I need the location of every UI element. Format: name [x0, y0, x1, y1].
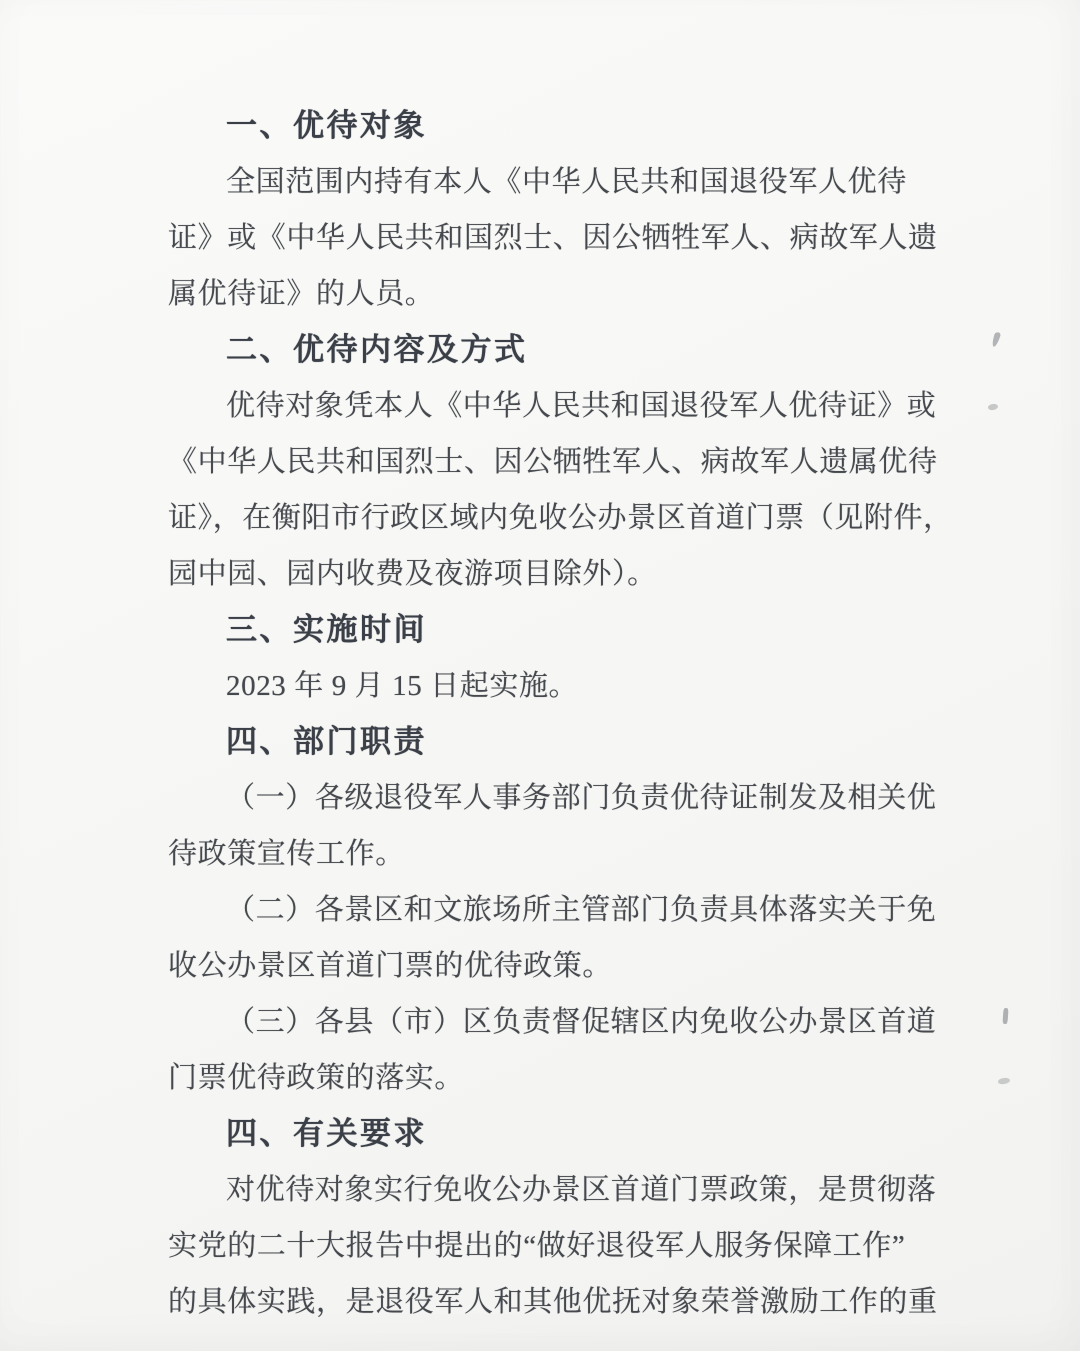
scan-artifact	[1002, 1008, 1008, 1024]
text-line: 的具体实践，是退役军人和其他优抚对象荣誉激励工作的重	[168, 1274, 943, 1330]
implementation-date-line: 2023 年 9 月 15 日起实施。	[168, 658, 943, 714]
section-heading-4: 四、部门职责	[168, 714, 943, 770]
text-line: 对优待对象实行免收公办景区首道门票政策，是贯彻落	[168, 1162, 943, 1218]
section-heading-5: 四、有关要求	[168, 1106, 943, 1162]
text-line: 属优待证》的人员。	[168, 266, 943, 322]
section-heading-2: 二、优待内容及方式	[168, 322, 943, 378]
section-heading-3: 三、实施时间	[168, 602, 943, 658]
scan-artifact	[998, 1077, 1011, 1085]
text-line: 收公办景区首道门票的优待政策。	[168, 938, 943, 994]
document-text-column: 一、优待对象 全国范围内持有本人《中华人民共和国退役军人优待 证》或《中华人民共…	[168, 98, 943, 1330]
text-line: 待政策宣传工作。	[168, 826, 943, 882]
text-line: 优待对象凭本人《中华人民共和国退役军人优待证》或	[168, 378, 943, 434]
text-line: （三）各县（市）区负责督促辖区内免收公办景区首道	[168, 994, 943, 1050]
text-line: 证》，在衡阳市行政区域内免收公办景区首道门票（见附件，	[168, 490, 943, 546]
text-line: 实党的二十大报告中提出的“做好退役军人服务保障工作”	[168, 1218, 943, 1274]
text-line: （一）各级退役军人事务部门负责优待证制发及相关优	[168, 770, 943, 826]
text-line: （二）各景区和文旅场所主管部门负责具体落实关于免	[168, 882, 943, 938]
text-line: 门票优待政策的落实。	[168, 1050, 943, 1106]
text-line: 《中华人民共和国烈士、因公牺牲军人、病故军人遗属优待	[168, 434, 943, 490]
text-line: 园中园、园内收费及夜游项目除外）。	[168, 546, 943, 602]
scan-artifact	[991, 331, 1001, 347]
text-line: 证》或《中华人民共和国烈士、因公牺牲军人、病故军人遗	[168, 210, 943, 266]
scanned-document-page: 一、优待对象 全国范围内持有本人《中华人民共和国退役军人优待 证》或《中华人民共…	[0, 0, 1080, 1351]
section-heading-1: 一、优待对象	[168, 98, 943, 154]
scan-artifact	[987, 403, 998, 411]
text-line: 全国范围内持有本人《中华人民共和国退役军人优待	[168, 154, 943, 210]
